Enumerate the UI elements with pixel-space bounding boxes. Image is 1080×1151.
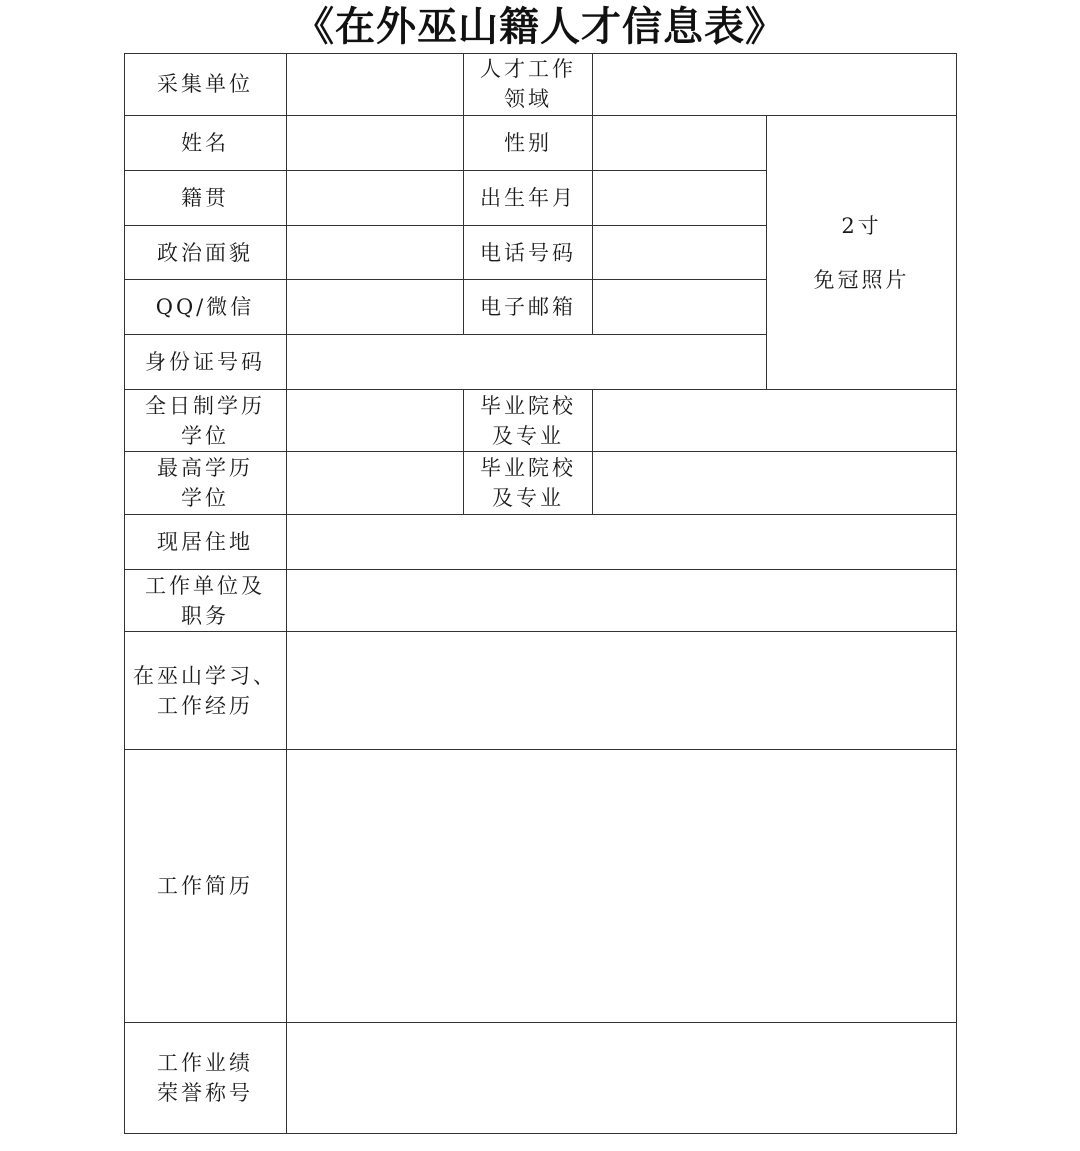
label-phone: 电话号码	[464, 226, 593, 280]
photo-placeholder[interactable]: 2寸 免冠照片	[767, 116, 957, 390]
photo-note-label: 免冠照片	[814, 265, 910, 295]
photo-size-label: 2寸	[841, 211, 881, 241]
label-collecting-unit: 采集单位	[124, 53, 287, 116]
label-employer-position: 工作单位及 职务	[124, 570, 287, 632]
input-work-history[interactable]	[287, 750, 957, 1023]
input-political-status[interactable]	[287, 226, 464, 280]
input-email[interactable]	[593, 280, 767, 335]
input-collecting-unit[interactable]	[287, 53, 464, 116]
label-qq-wechat: QQ/微信	[124, 280, 287, 335]
label-work-history: 工作简历	[124, 750, 287, 1023]
input-gender[interactable]	[593, 116, 767, 171]
input-qq-wechat[interactable]	[287, 280, 464, 335]
input-talent-field[interactable]	[593, 53, 957, 116]
label-fulltime-school: 毕业院校 及专业	[464, 390, 593, 452]
talent-info-form: 采集单位 人才工作 领域 姓名 性别 2寸 免冠照片 籍贯 出生年月 政治面貌 …	[124, 53, 957, 1134]
input-residence[interactable]	[287, 515, 957, 570]
label-talent-field: 人才工作 领域	[464, 53, 593, 116]
label-wushan-experience: 在巫山学习、 工作经历	[124, 632, 287, 750]
input-fulltime-degree[interactable]	[287, 390, 464, 452]
label-political-status: 政治面貌	[124, 226, 287, 280]
label-birth-date: 出生年月	[464, 171, 593, 226]
label-fulltime-degree: 全日制学历 学位	[124, 390, 287, 452]
input-fulltime-school[interactable]	[593, 390, 957, 452]
input-achievements[interactable]	[287, 1023, 957, 1134]
page-title: 《在外巫山籍人才信息表》	[0, 2, 1080, 52]
label-highest-degree: 最高学历 学位	[124, 452, 287, 515]
input-id-number[interactable]	[287, 335, 767, 390]
label-id-number: 身份证号码	[124, 335, 287, 390]
input-wushan-experience[interactable]	[287, 632, 957, 750]
input-phone[interactable]	[593, 226, 767, 280]
label-achievements: 工作业绩 荣誉称号	[124, 1023, 287, 1134]
label-residence: 现居住地	[124, 515, 287, 570]
input-birth-date[interactable]	[593, 171, 767, 226]
label-gender: 性别	[464, 116, 593, 171]
input-employer-position[interactable]	[287, 570, 957, 632]
input-native-place[interactable]	[287, 171, 464, 226]
input-name[interactable]	[287, 116, 464, 171]
label-native-place: 籍贯	[124, 171, 287, 226]
label-email: 电子邮箱	[464, 280, 593, 335]
input-highest-school[interactable]	[593, 452, 957, 515]
input-highest-degree[interactable]	[287, 452, 464, 515]
label-name: 姓名	[124, 116, 287, 171]
label-highest-school: 毕业院校 及专业	[464, 452, 593, 515]
